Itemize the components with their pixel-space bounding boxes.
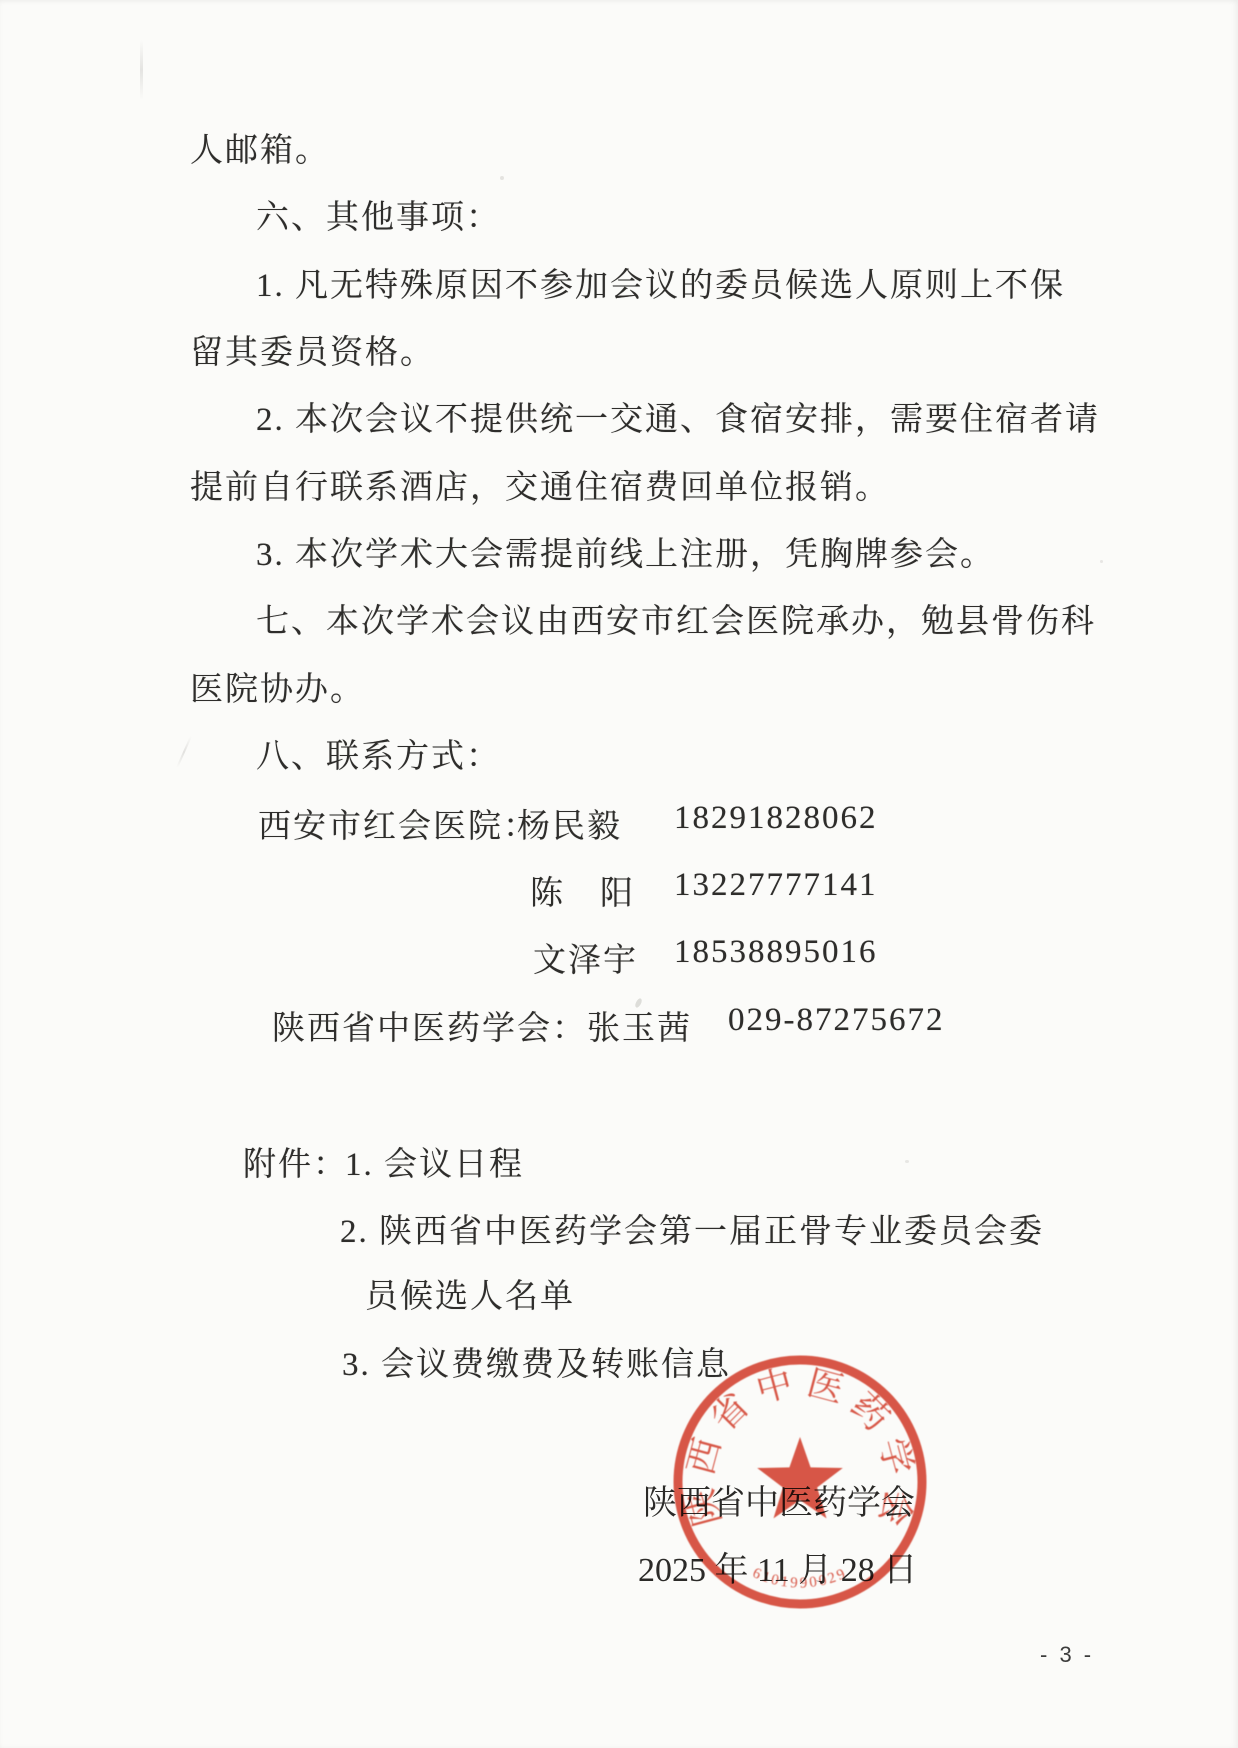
text-line-12: 18291828062 — [674, 800, 878, 837]
text-line-9: 八、联系方式： — [256, 730, 501, 777]
scan-speck — [500, 176, 504, 180]
scan-streak — [176, 736, 192, 768]
text-line-0: 人邮箱。 — [190, 124, 330, 171]
scan-streak — [140, 40, 143, 100]
scan-speck — [1100, 560, 1103, 563]
text-line-5: 提前自行联系酒店，交通住宿费回单位报销。 — [190, 461, 890, 508]
seal-ring-char: 学 — [872, 1434, 920, 1479]
text-line-16: 18538895016 — [674, 934, 878, 971]
text-line-4: 2. 本次会议不提供统一交通、食宿安排，需要住宿者请 — [256, 393, 1100, 440]
scan-speck — [905, 1160, 909, 1163]
text-line-1: 六、其他事项： — [256, 191, 501, 238]
seal-ring-char: 陕 — [680, 1485, 728, 1530]
text-line-20: 附件： — [243, 1138, 348, 1185]
text-line-18: 张玉茜 — [587, 1002, 692, 1049]
text-line-10: 西安市红会医院： — [258, 800, 538, 847]
text-line-21: 1. 会议日程 — [345, 1138, 524, 1185]
text-line-11: 杨民毅 — [517, 800, 622, 847]
text-line-8: 医院协办。 — [190, 663, 365, 710]
seal-ring-char: 西 — [680, 1434, 728, 1479]
seal-ring-char: 会 — [872, 1485, 920, 1530]
page-number: - 3 - — [1040, 1642, 1094, 1668]
seal-ring-char: 医 — [803, 1362, 848, 1410]
text-line-6: 3. 本次学术大会需提前线上注册，凭胸牌参会。 — [256, 528, 995, 575]
seal-ring-char: 中 — [752, 1362, 797, 1410]
text-line-13: 陈 阳 — [530, 867, 635, 914]
seal-code: 6101990029 — [750, 1565, 850, 1591]
text-line-17: 陕西省中医药学会： — [272, 1002, 587, 1049]
text-line-14: 13227777141 — [674, 867, 878, 904]
text-line-7: 七、本次学术会议由西安市红会医院承办，勉县骨伤科 — [256, 595, 1096, 642]
text-line-2: 1. 凡无特殊原因不参加会议的委员候选人原则上不保 — [256, 259, 1065, 306]
text-line-19: 029-87275672 — [728, 1002, 945, 1039]
text-line-23: 员候选人名单 — [365, 1270, 575, 1317]
document-page: 人邮箱。六、其他事项：1. 凡无特殊原因不参加会议的委员候选人原则上不保留其委员… — [0, 0, 1238, 1748]
text-line-3: 留其委员资格。 — [190, 326, 435, 373]
text-line-15: 文泽宇 — [533, 934, 638, 981]
text-line-22: 2. 陕西省中医药学会第一届正骨专业委员会委 — [340, 1205, 1044, 1252]
star-icon — [757, 1437, 843, 1518]
official-seal: 陕西省中医药学会 6101990029 — [650, 1332, 950, 1632]
